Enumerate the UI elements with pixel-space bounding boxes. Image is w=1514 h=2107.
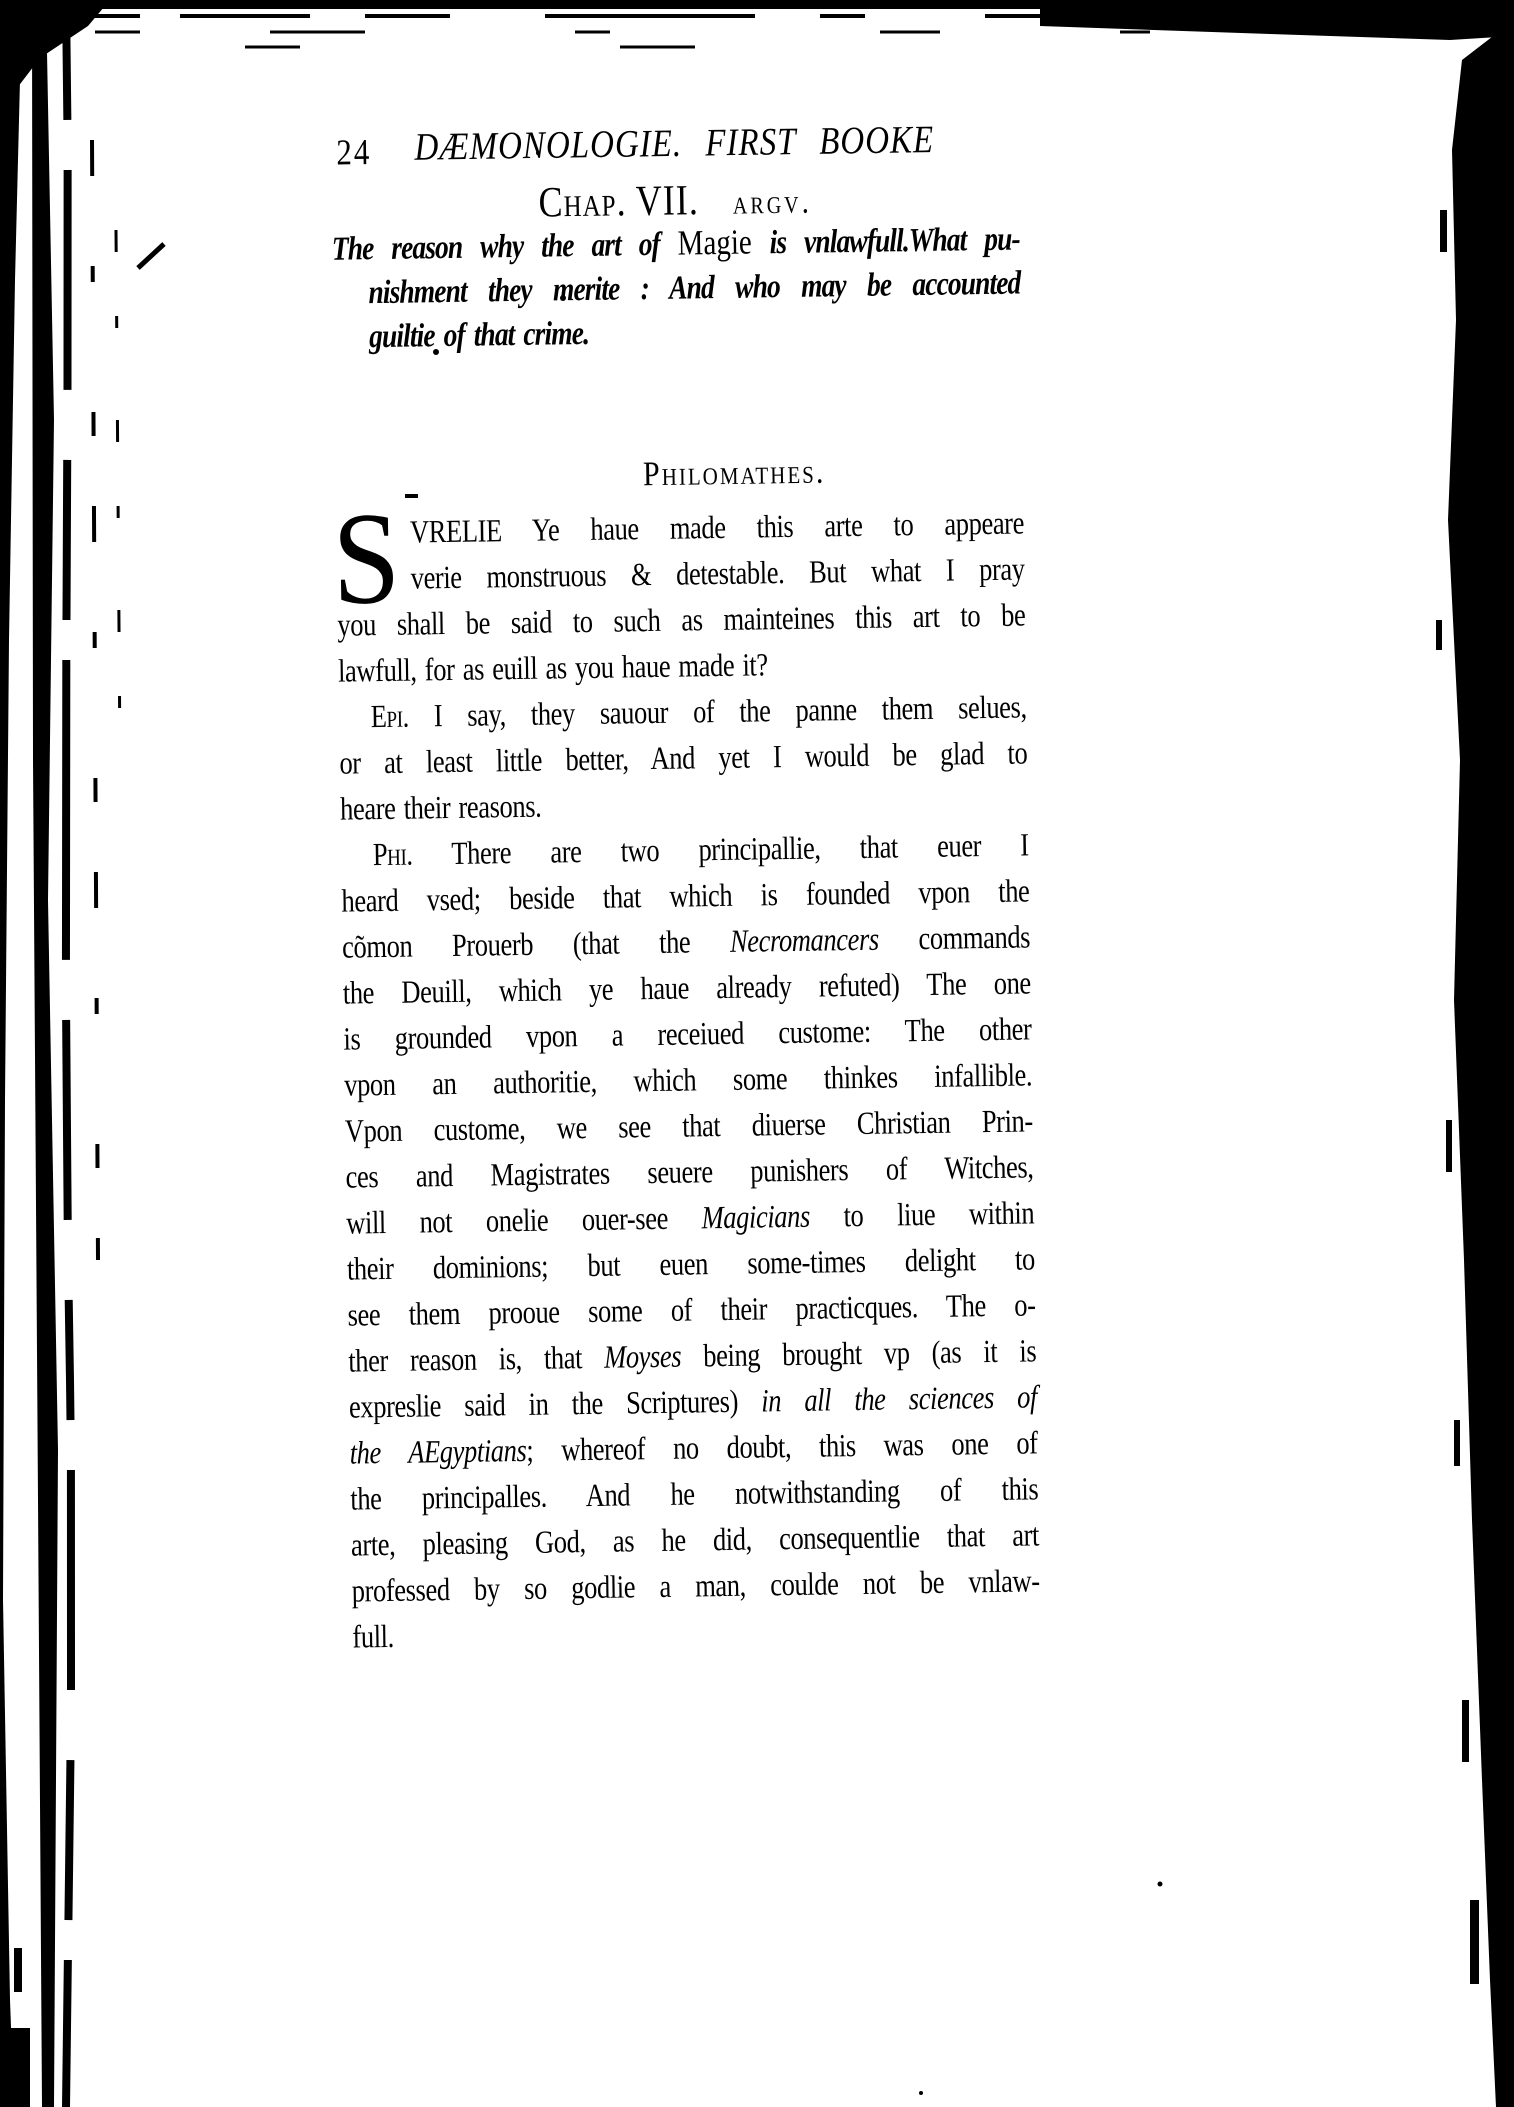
text-line: full. [352,1606,1041,1658]
text-line: arte, pleasing God, as he did, consequen… [351,1514,1040,1566]
text-line: Vpon custome, we see that diuerse Christ… [345,1100,1034,1152]
text-line: expreslie said in the Scriptures) in all… [349,1376,1038,1428]
scan-artifact-left-binding [0,0,164,2107]
text-line: is grounded vpon a receiued custome: The… [343,1008,1032,1060]
text-line: ther reason is, that Moyses being brough… [348,1330,1037,1382]
text-line: professed by so godlie a man, coulde not… [351,1560,1040,1612]
text-line: or at least little better, And yet I wou… [339,732,1028,784]
chapter-argument-label: argv. [733,182,812,222]
text-line: Phi. There are two principallie, that eu… [340,824,1029,876]
running-title: DÆMONOLOGIE. FIRST BOOKE [414,119,934,169]
text-line: their dominions; but euen some-times del… [347,1238,1036,1290]
text-line: vpon an authoritie, which some thinkes i… [344,1054,1033,1106]
text-line: the Deuill, which ye haue already refute… [343,962,1032,1014]
text-line: Epi. I say, they sauour of the panne the… [338,686,1027,738]
text-line: see them prooue some of their practicque… [347,1284,1036,1336]
scan-artifact-top-edge [0,0,1514,19]
text-line: lawfull, for as euill as you haue made i… [338,640,1027,692]
text-line: you shall be said to such as mainteines … [337,594,1026,646]
text-line: VRELIE Ye haue made this arte to appeare [336,502,1025,554]
text-line: the principalles. And he notwithstanding… [350,1468,1039,1520]
text-line: verie monstruous & detestable. But what … [336,548,1025,600]
text-line: cõmon Prouerb (that the Necromancers com… [342,916,1031,968]
text-line: the AEgyptians; whereof no doubt, this w… [349,1422,1038,1474]
text-line: heare their reasons. [340,778,1029,830]
scan-artifact-bottom-left [4,1948,30,2107]
page-text-block: 24 DÆMONOLOGIE. FIRST BOOKE Chap. VII.ar… [330,118,1043,1828]
text-line: nishment they merite : And who may be ac… [332,262,1021,314]
chapter-label: Chap. VII. [538,176,699,226]
text-line: will not onelie ouer-see Magicians to li… [346,1192,1035,1244]
scan-artifact-right-edge [1436,20,1514,2107]
page-header: 24 DÆMONOLOGIE. FIRST BOOKE [330,118,1019,172]
page-number: 24 [336,131,372,174]
text-line: guiltie of that crime. [333,306,1022,358]
scan-artifact-top-dashed-lines [70,16,1445,47]
scan-artifact-top-right-corner [1040,0,1514,40]
scanned-book-page: 24 DÆMONOLOGIE. FIRST BOOKE Chap. VII.ar… [0,0,1514,2107]
text-line: The reason why the art of Magie is vnlaw… [331,218,1020,270]
speaker-heading: Philomathes. [335,450,1024,499]
text-line: ces and Magistrates seuere punishers of … [345,1146,1034,1198]
text-line: heard vsed; beside that which is founded… [341,870,1030,922]
